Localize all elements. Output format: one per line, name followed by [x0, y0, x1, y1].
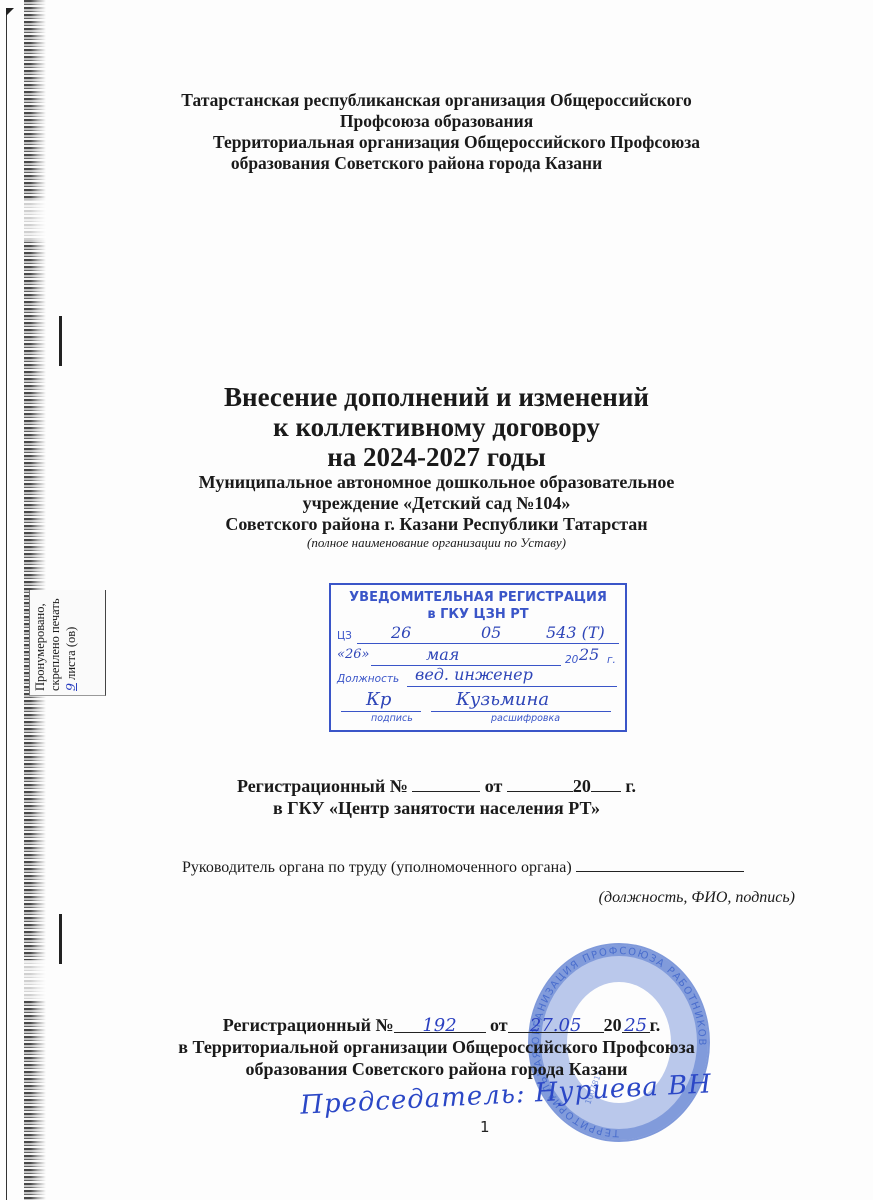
stamp-date-month: мая — [426, 645, 459, 664]
stamp-line — [431, 711, 611, 712]
organization-name-line: Советского района г. Казани Республики Т… — [0, 514, 873, 535]
stamp-subtitle: в ГКУ ЦЗН РТ — [331, 607, 625, 622]
stamp-line — [341, 711, 421, 712]
stamp-decoding-label: расшифровка — [491, 713, 560, 724]
header-line: Территориальная организация Общероссийск… — [0, 132, 873, 153]
header-line: образования Советского района города Каз… — [0, 153, 873, 174]
union-registration-line: в Территориальной организации Общероссий… — [0, 1036, 873, 1058]
stamp-year-unit: г. — [607, 654, 616, 666]
stamp-year-prefix: 20 — [565, 654, 578, 666]
pagination-note-line: Пронумеровано, — [33, 594, 48, 691]
union-registration-line: образования Советского района города Каз… — [0, 1058, 873, 1080]
registration-year-blank — [591, 773, 621, 792]
punch-mark — [59, 316, 62, 366]
organization-name-line: Муниципальное автономное дошкольное обра… — [0, 472, 873, 493]
stamp-decoding: Кузьмина — [456, 689, 549, 710]
union-registration-number-field: 192 — [394, 1014, 486, 1033]
pages-count-handwritten: 9 — [63, 683, 78, 691]
registration-year-prefix: 20 — [573, 776, 591, 796]
header: Татарстанская республиканская организаци… — [0, 90, 873, 174]
stamp-cz-part2: 05 — [481, 623, 501, 642]
stamp-line — [407, 686, 617, 687]
pagination-note-box: Пронумеровано, скреплено печать 9 листа … — [29, 590, 106, 696]
organization-note: (полное наименование организации по Уста… — [0, 535, 873, 551]
stamp-position-value: вед. инженер — [415, 665, 533, 684]
registration-line: Регистрационный № от 20 г. — [0, 773, 873, 797]
registration-line: в ГКУ «Центр занятости населения РТ» — [0, 797, 873, 819]
union-registration-year-field: 25 — [622, 1014, 650, 1033]
pagination-note-suffix: листа (ов) — [64, 627, 78, 683]
union-registration-year: 25 — [624, 1015, 647, 1036]
union-registration-year-prefix: 20 — [604, 1015, 622, 1035]
stamp-cz-label: ЦЗ — [337, 630, 352, 642]
stamp-year-suffix: 25 — [579, 645, 599, 664]
stamp-position-label: Должность — [337, 673, 399, 685]
head-of-labor-body-caption: (должность, ФИО, подпись) — [599, 889, 795, 907]
registration-from-label: от — [480, 776, 507, 796]
title-line: Внесение дополнений и изменений — [0, 382, 873, 412]
pagination-note-line: скреплено печать — [48, 594, 63, 691]
stamp-title: УВЕДОМИТЕЛЬНАЯ РЕГИСТРАЦИЯ — [331, 590, 625, 605]
union-registration: Регистрационный №192 от27.052025г. в Тер… — [0, 1014, 873, 1080]
pagination-note-line: 9 листа (ов) — [63, 594, 79, 691]
stamp-cz-part1: 26 — [391, 623, 411, 642]
registration-year-unit: г. — [621, 776, 636, 796]
head-of-labor-body-blank — [576, 855, 744, 872]
union-registration-line: Регистрационный №192 от27.052025г. — [0, 1014, 873, 1036]
employment-center-registration: Регистрационный № от 20 г. в ГКУ «Центр … — [0, 773, 873, 819]
notification-registration-stamp: УВЕДОМИТЕЛЬНАЯ РЕГИСТРАЦИЯ в ГКУ ЦЗН РТ … — [329, 583, 627, 732]
binding-gap — [24, 200, 46, 240]
stamp-signature: Кр — [366, 689, 391, 710]
stamp-date-day: «26» — [337, 647, 369, 662]
union-registration-from-label: от — [490, 1015, 508, 1035]
binding-gap — [24, 960, 46, 1000]
union-registration-date-field: 27.05 — [508, 1014, 604, 1033]
stamp-line — [357, 643, 619, 644]
scan-corner-mark — [6, 8, 14, 16]
document-title: Внесение дополнений и изменений к коллек… — [0, 382, 873, 551]
title-line: на 2024-2027 годы — [0, 442, 873, 472]
registration-number-blank — [412, 773, 480, 792]
page-number: 1 — [480, 1118, 490, 1136]
title-line: к коллективному договору — [0, 412, 873, 442]
union-registration-year-unit: г. — [650, 1015, 661, 1035]
head-of-labor-body-line: Руководитель органа по труду (уполномоче… — [182, 855, 744, 877]
organization-name-line: учреждение «Детский сад №104» — [0, 493, 873, 514]
union-registration-number: 192 — [422, 1015, 456, 1036]
stamp-cz-part3: 543 (Т) — [546, 623, 605, 642]
registration-number-label: Регистрационный № — [237, 776, 412, 796]
punch-mark — [59, 914, 62, 964]
head-of-labor-body-label: Руководитель органа по труду (уполномоче… — [182, 859, 572, 876]
union-registration-number-label: Регистрационный № — [223, 1015, 394, 1035]
stamp-signature-label: подпись — [371, 713, 413, 724]
union-registration-date: 27.05 — [530, 1015, 582, 1036]
header-line: Татарстанская республиканская организаци… — [0, 90, 873, 111]
registration-date-blank — [507, 773, 573, 792]
header-line: Профсоюза образования — [0, 111, 873, 132]
